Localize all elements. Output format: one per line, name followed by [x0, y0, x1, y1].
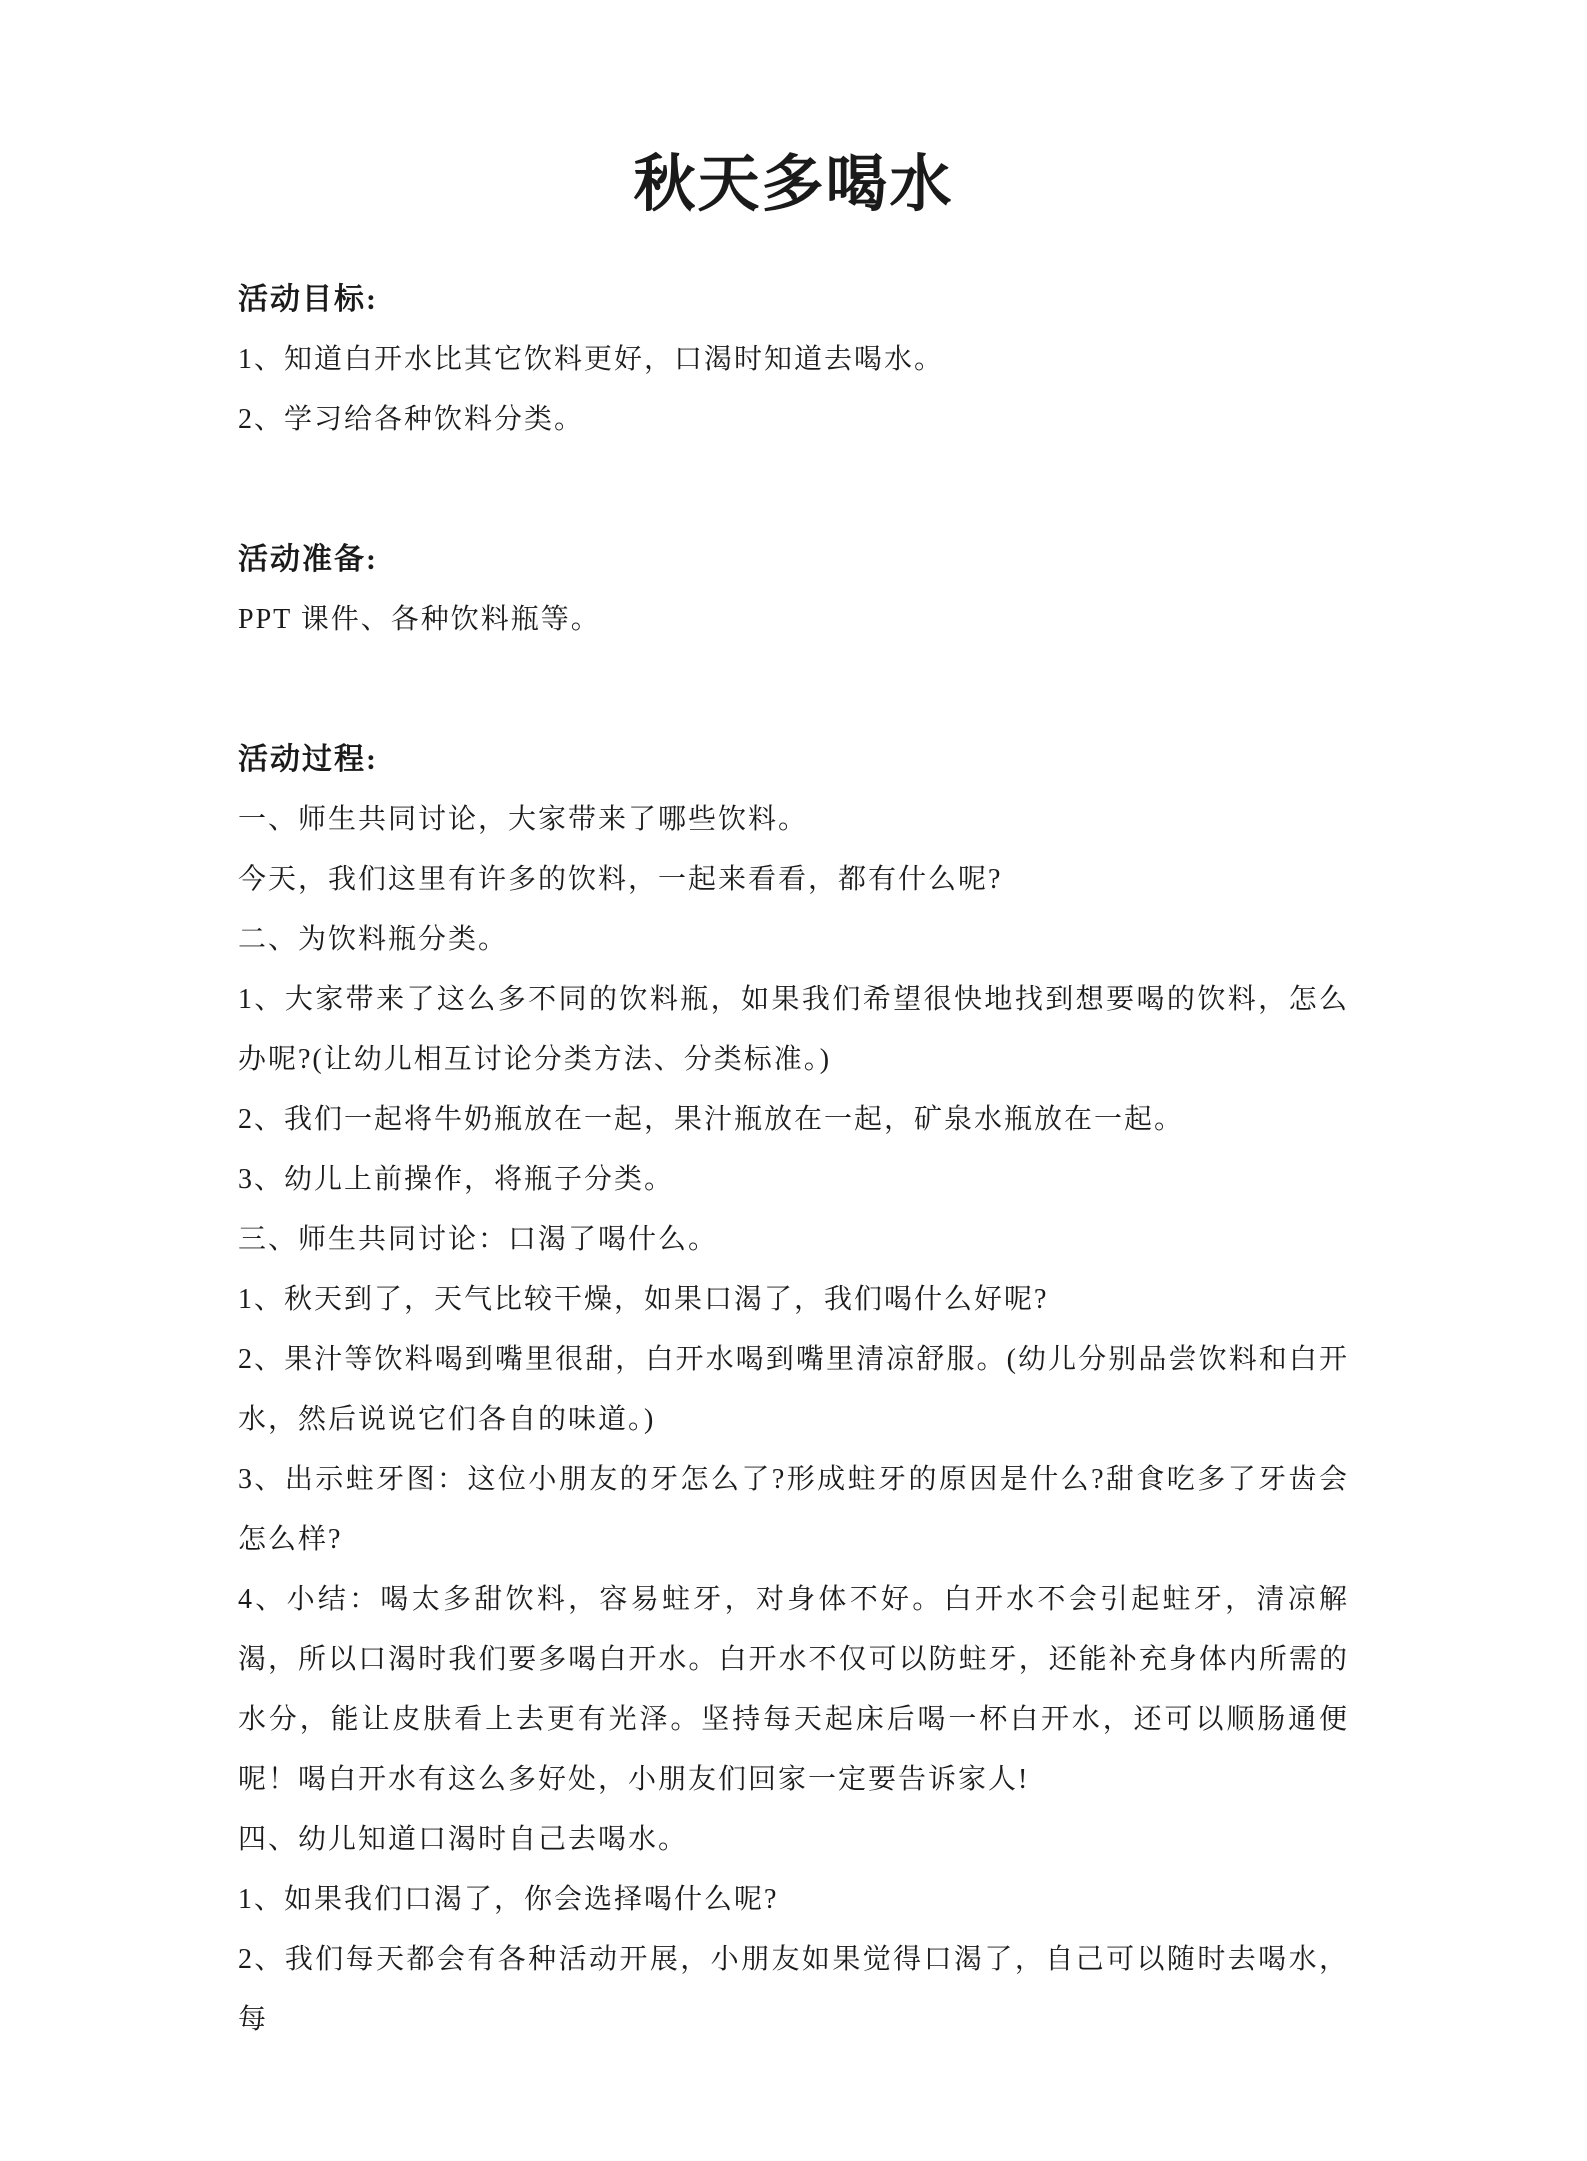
paragraph: 2、学习给各种饮料分类。	[238, 390, 1349, 450]
paragraph: 今天，我们这里有许多的饮料，一起来看看，都有什么呢?	[238, 850, 1349, 910]
paragraph: 1、秋天到了，天气比较干燥，如果口渴了，我们喝什么好呢?	[238, 1270, 1349, 1330]
paragraph: 二、为饮料瓶分类。	[238, 910, 1349, 970]
section-heading-process: 活动过程:	[238, 730, 1349, 790]
paragraph: 四、幼儿知道口渴时自己去喝水。	[238, 1810, 1349, 1870]
paragraph: 1、知道白开水比其它饮料更好，口渴时知道去喝水。	[238, 330, 1349, 390]
paragraph: 3、幼儿上前操作，将瓶子分类。	[238, 1150, 1349, 1210]
paragraph: 2、果汁等饮料喝到嘴里很甜，白开水喝到嘴里清凉舒服。(幼儿分别品尝饮料和白开水，…	[238, 1330, 1349, 1450]
section-heading-goals: 活动目标:	[238, 270, 1349, 330]
paragraph: 2、我们每天都会有各种活动开展，小朋友如果觉得口渴了，自己可以随时去喝水，每	[238, 1930, 1349, 2050]
document-title: 秋天多喝水	[238, 150, 1349, 220]
paragraph: PPT 课件、各种饮料瓶等。	[238, 590, 1349, 650]
paragraph: 1、如果我们口渴了，你会选择喝什么呢?	[238, 1870, 1349, 1930]
paragraph-list-preparation: PPT 课件、各种饮料瓶等。	[238, 590, 1349, 650]
paragraph: 三、师生共同讨论：口渴了喝什么。	[238, 1210, 1349, 1270]
section-activity-process: 活动过程: 一、师生共同讨论，大家带来了哪些饮料。今天，我们这里有许多的饮料，一…	[238, 730, 1349, 2050]
paragraph-list-process: 一、师生共同讨论，大家带来了哪些饮料。今天，我们这里有许多的饮料，一起来看看，都…	[238, 790, 1349, 2050]
paragraph: 2、我们一起将牛奶瓶放在一起，果汁瓶放在一起，矿泉水瓶放在一起。	[238, 1090, 1349, 1150]
section-activity-goals: 活动目标: 1、知道白开水比其它饮料更好，口渴时知道去喝水。2、学习给各种饮料分…	[238, 270, 1349, 450]
paragraph: 4、小结：喝太多甜饮料，容易蛀牙，对身体不好。白开水不会引起蛀牙，清凉解渴，所以…	[238, 1570, 1349, 1810]
section-heading-preparation: 活动准备:	[238, 530, 1349, 590]
paragraph: 一、师生共同讨论，大家带来了哪些饮料。	[238, 790, 1349, 850]
section-activity-preparation: 活动准备: PPT 课件、各种饮料瓶等。	[238, 530, 1349, 650]
paragraph: 1、大家带来了这么多不同的饮料瓶，如果我们希望很快地找到想要喝的饮料，怎么办呢?…	[238, 970, 1349, 1090]
document-page: 秋天多喝水 活动目标: 1、知道白开水比其它饮料更好，口渴时知道去喝水。2、学习…	[0, 0, 1587, 2161]
paragraph: 3、出示蛀牙图：这位小朋友的牙怎么了?形成蛀牙的原因是什么?甜食吃多了牙齿会怎么…	[238, 1450, 1349, 1570]
paragraph-list-goals: 1、知道白开水比其它饮料更好，口渴时知道去喝水。2、学习给各种饮料分类。	[238, 330, 1349, 450]
